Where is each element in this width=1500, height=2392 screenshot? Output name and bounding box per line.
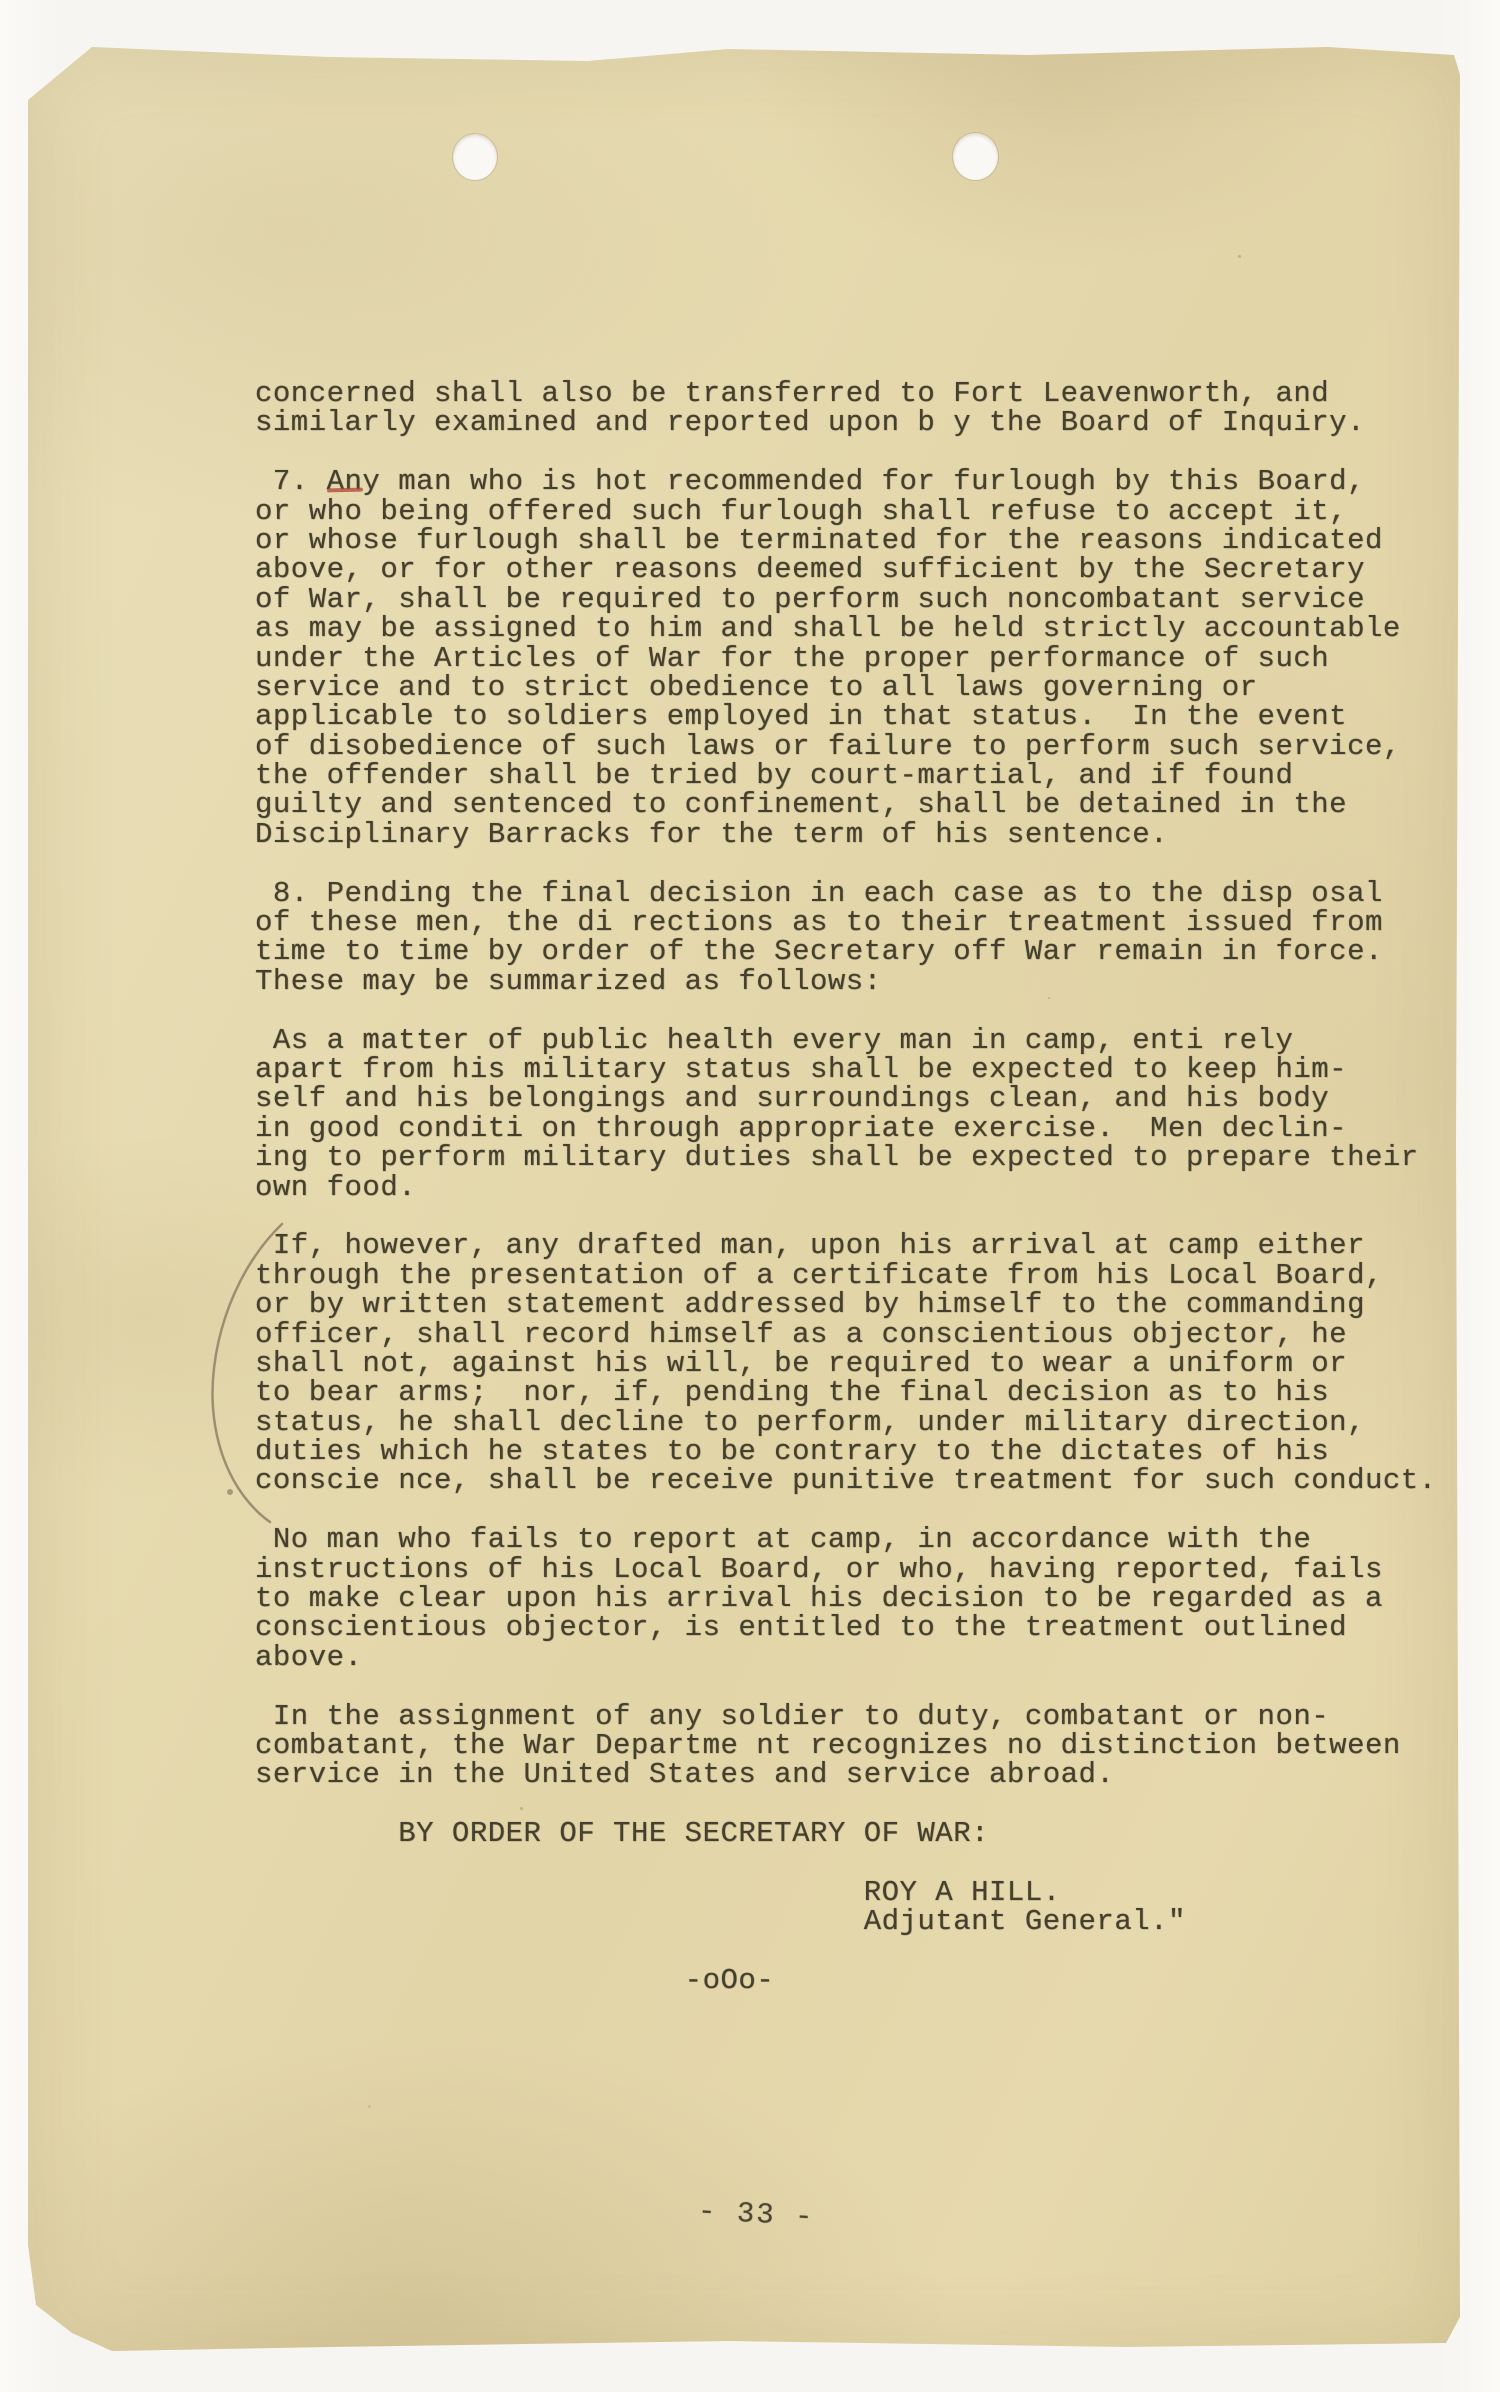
typed-line: above, or for other reasons deemed suffi…: [255, 555, 1440, 584]
typed-line: status, he shall decline to perform, und…: [255, 1408, 1440, 1437]
typed-line: service and to strict obedience to all l…: [255, 673, 1440, 702]
paragraph-continuation: concerned shall also be transferred to F…: [255, 379, 1440, 438]
typed-line: No man who fails to report at camp, in a…: [255, 1525, 1440, 1554]
typed-line: under the Articles of War for the proper…: [255, 644, 1440, 673]
paragraph-assignment: In the assignment of any soldier to duty…: [255, 1702, 1440, 1790]
page-number: - 33 -: [697, 2195, 815, 2234]
typed-line: time to time by order of the Secretary o…: [255, 937, 1440, 966]
document-paper: concerned shall also be transferred to F…: [28, 45, 1460, 2358]
paragraph-no-man: No man who fails to report at camp, in a…: [255, 1525, 1440, 1672]
paragraph-7: 7. Any man who is hot recommended for fu…: [255, 467, 1440, 849]
typed-line: the offender shall be tried by court-mar…: [255, 761, 1440, 790]
typed-line: As a matter of public health every man i…: [255, 1026, 1440, 1055]
punch-hole-right-icon: [953, 133, 998, 180]
typed-line: Disciplinary Barracks for the term of hi…: [255, 820, 1440, 849]
scan-background: concerned shall also be transferred to F…: [0, 0, 1500, 2392]
typed-line: to make clear upon his arrival his decis…: [255, 1584, 1440, 1613]
typed-line: BY ORDER OF THE SECRETARY OF WAR:: [255, 1819, 1440, 1848]
typed-line: similarly examined and reported upon b y…: [255, 408, 1440, 437]
paper-speck: [520, 1807, 523, 1810]
typed-line: applicable to soldiers employed in that …: [255, 702, 1440, 731]
typed-line: in good conditi on through appropriate e…: [255, 1114, 1440, 1143]
paragraph-conscientious-objector: If, however, any drafted man, upon his a…: [255, 1231, 1440, 1496]
typed-line: In the assignment of any soldier to duty…: [255, 1702, 1440, 1731]
pencil-dot-mark: [227, 1489, 233, 1495]
typed-line: or by written statement addressed by him…: [255, 1290, 1440, 1319]
typed-line: service in the United States and service…: [255, 1760, 1440, 1789]
typed-line: shall not, against his will, be required…: [255, 1349, 1440, 1378]
typed-line: apart from his military status shall be …: [255, 1055, 1440, 1084]
typed-line: through the presentation of a certificat…: [255, 1261, 1440, 1290]
typed-line: or who being offered such furlough shall…: [255, 497, 1440, 526]
typed-line: 8. Pending the final decision in each ca…: [255, 879, 1440, 908]
paragraph-public-health: As a matter of public health every man i…: [255, 1026, 1440, 1202]
paper-speck: [368, 2105, 371, 2108]
typed-line: -oOo-: [255, 1966, 1440, 1995]
typed-line: ing to perform military duties shall be …: [255, 1143, 1440, 1172]
typed-line: ROY A HILL.: [255, 1878, 1440, 1907]
typed-line: or whose furlough shall be terminated fo…: [255, 526, 1440, 555]
punch-hole-left-icon: [453, 134, 497, 180]
pencil-parenthesis-mark: [198, 1216, 290, 1528]
typed-line: duties which he states to be contrary to…: [255, 1437, 1440, 1466]
by-order-line: BY ORDER OF THE SECRETARY OF WAR:: [255, 1819, 1440, 1848]
paragraph-8: 8. Pending the final decision in each ca…: [255, 879, 1440, 997]
typed-line: officer, shall record himself as a consc…: [255, 1320, 1440, 1349]
typed-line: conscientious objector, is entitled to t…: [255, 1613, 1440, 1642]
signature-block: ROY A HILL. Adjutant General.": [255, 1878, 1440, 1937]
typed-line: self and his belongings and surroundings…: [255, 1084, 1440, 1113]
typed-line: Adjutant General.": [255, 1907, 1440, 1936]
paper-speck: [1048, 997, 1050, 999]
separator-ooo: -oOo-: [255, 1966, 1440, 1995]
typed-line: own food.: [255, 1173, 1440, 1202]
typed-line: to bear arms; nor, if, pending the final…: [255, 1378, 1440, 1407]
typed-line: of War, shall be required to perform suc…: [255, 585, 1440, 614]
typed-line: These may be summarized as follows:: [255, 967, 1440, 996]
typed-line: as may be assigned to him and shall be h…: [255, 614, 1440, 643]
paper-speck: [1238, 255, 1241, 258]
typed-line: 7. Any man who is hot recommended for fu…: [255, 467, 1440, 496]
typed-line: guilty and sentenced to confinement, sha…: [255, 790, 1440, 819]
typed-line: combatant, the War Departme nt recognize…: [255, 1731, 1440, 1760]
typed-line: of these men, the di rections as to thei…: [255, 908, 1440, 937]
typed-line: concerned shall also be transferred to F…: [255, 379, 1440, 408]
typed-line: If, however, any drafted man, upon his a…: [255, 1231, 1440, 1260]
typed-line: above.: [255, 1643, 1440, 1672]
typed-text-block: concerned shall also be transferred to F…: [255, 379, 1440, 1995]
typed-line: conscie nce, shall be receive punitive t…: [255, 1466, 1440, 1495]
typed-line: instructions of his Local Board, or who,…: [255, 1555, 1440, 1584]
typed-line: of disobedience of such laws or failure …: [255, 732, 1440, 761]
